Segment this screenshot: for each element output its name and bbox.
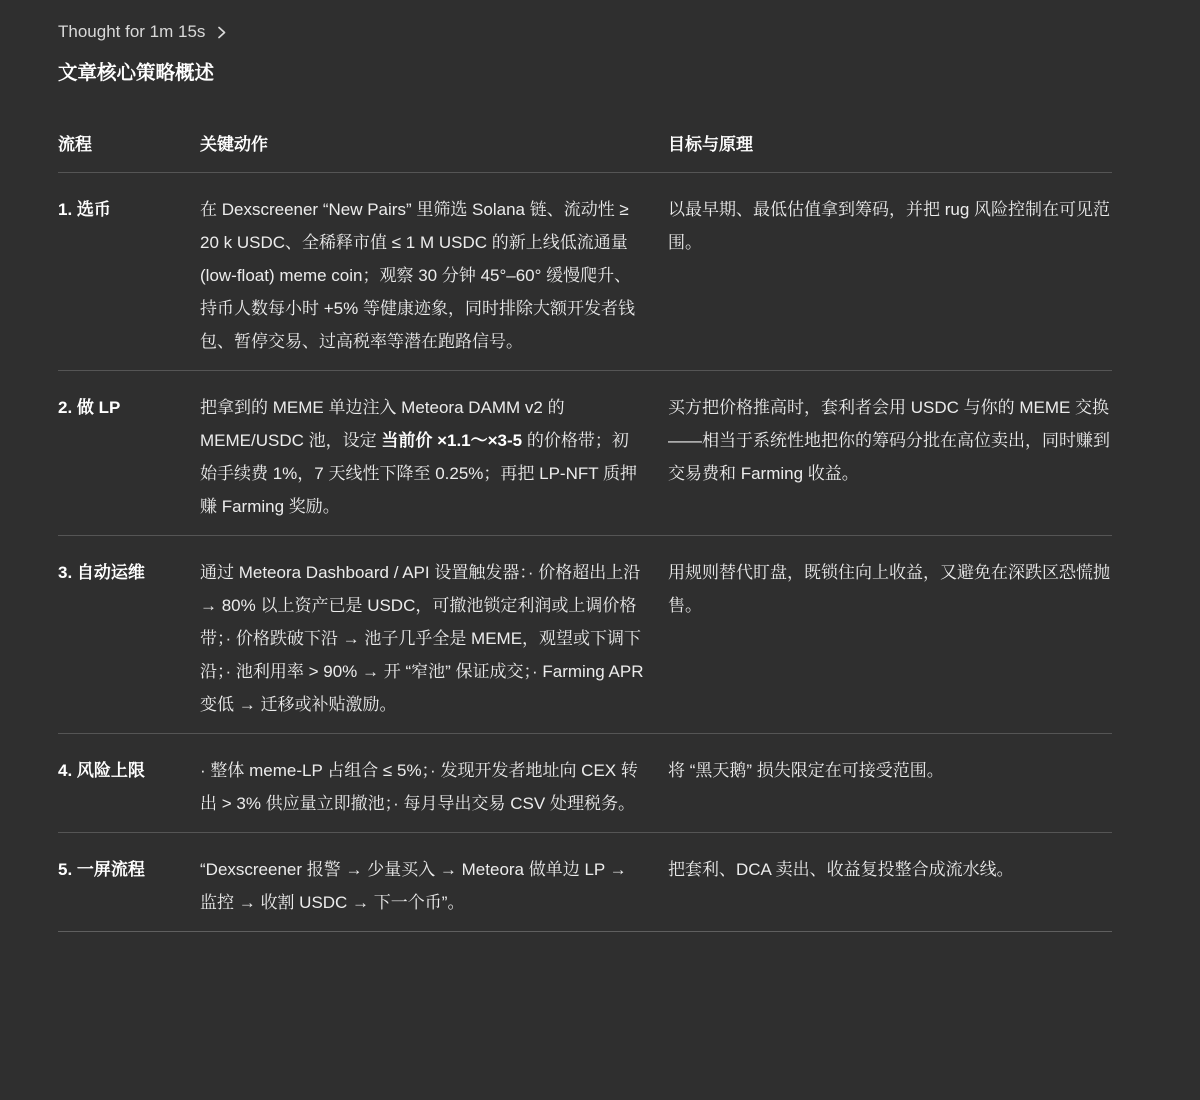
table-row: 2. 做 LP 把拿到的 MEME 单边注入 Meteora DAMM v2 的… bbox=[58, 371, 1112, 536]
row-step-label: 4. 风险上限 bbox=[58, 734, 200, 832]
page-title: 文章核心策略概述 bbox=[58, 60, 1112, 86]
column-header-key-actions: 关键动作 bbox=[200, 133, 668, 172]
thought-toggle-button[interactable]: Thought for 1m 15s bbox=[58, 20, 228, 44]
table-row: 4. 风险上限 · 整体 meme-LP 占组合 ≤ 5%；· 发现开发者地址向… bbox=[58, 734, 1112, 833]
table-row: 1. 选币 在 Dexscreener “New Pairs” 里筛选 Sola… bbox=[58, 173, 1112, 371]
row-action-text: “Dexscreener 报警 → 少量买入 → Meteora 做单边 LP … bbox=[200, 833, 668, 931]
column-header-goal: 目标与原理 bbox=[668, 133, 1112, 172]
row-goal-text: 用规则替代盯盘，既锁住向上收益，又避免在深跌区恐慌抛售。 bbox=[668, 536, 1112, 733]
action-text-bold: 当前价 ×1.1～×3-5 bbox=[381, 431, 522, 450]
row-action-text: 通过 Meteora Dashboard / API 设置触发器：· 价格超出上… bbox=[200, 536, 668, 733]
row-action-text: 在 Dexscreener “New Pairs” 里筛选 Solana 链、流… bbox=[200, 173, 668, 370]
row-goal-text: 将 “黑天鹅” 损失限定在可接受范围。 bbox=[668, 734, 1112, 832]
row-step-label: 2. 做 LP bbox=[58, 371, 200, 535]
chat-assistant-message: Thought for 1m 15s 文章核心策略概述 流程 关键动作 目标与原… bbox=[0, 0, 1200, 1100]
row-goal-text: 买方把价格推高时，套利者会用 USDC 与你的 MEME 交换——相当于系统性地… bbox=[668, 371, 1112, 535]
column-header-process: 流程 bbox=[58, 133, 200, 172]
table-row: 3. 自动运维 通过 Meteora Dashboard / API 设置触发器… bbox=[58, 536, 1112, 734]
table-header-row: 流程 关键动作 目标与原理 bbox=[58, 133, 1112, 173]
row-action-text: 把拿到的 MEME 单边注入 Meteora DAMM v2 的 MEME/US… bbox=[200, 371, 668, 535]
row-step-label: 1. 选币 bbox=[58, 173, 200, 370]
row-action-text: · 整体 meme-LP 占组合 ≤ 5%；· 发现开发者地址向 CEX 转出 … bbox=[200, 734, 668, 832]
row-step-label: 3. 自动运维 bbox=[58, 536, 200, 733]
chevron-right-icon bbox=[215, 26, 228, 39]
strategy-table: 流程 关键动作 目标与原理 1. 选币 在 Dexscreener “New P… bbox=[58, 133, 1112, 932]
row-goal-text: 把套利、DCA 卖出、收益复投整合成流水线。 bbox=[668, 833, 1112, 931]
row-goal-text: 以最早期、最低估值拿到筹码，并把 rug 风险控制在可见范围。 bbox=[668, 173, 1112, 370]
table-row: 5. 一屏流程 “Dexscreener 报警 → 少量买入 → Meteora… bbox=[58, 833, 1112, 932]
thought-duration-label: Thought for 1m 15s bbox=[58, 22, 205, 42]
row-step-label: 5. 一屏流程 bbox=[58, 833, 200, 931]
